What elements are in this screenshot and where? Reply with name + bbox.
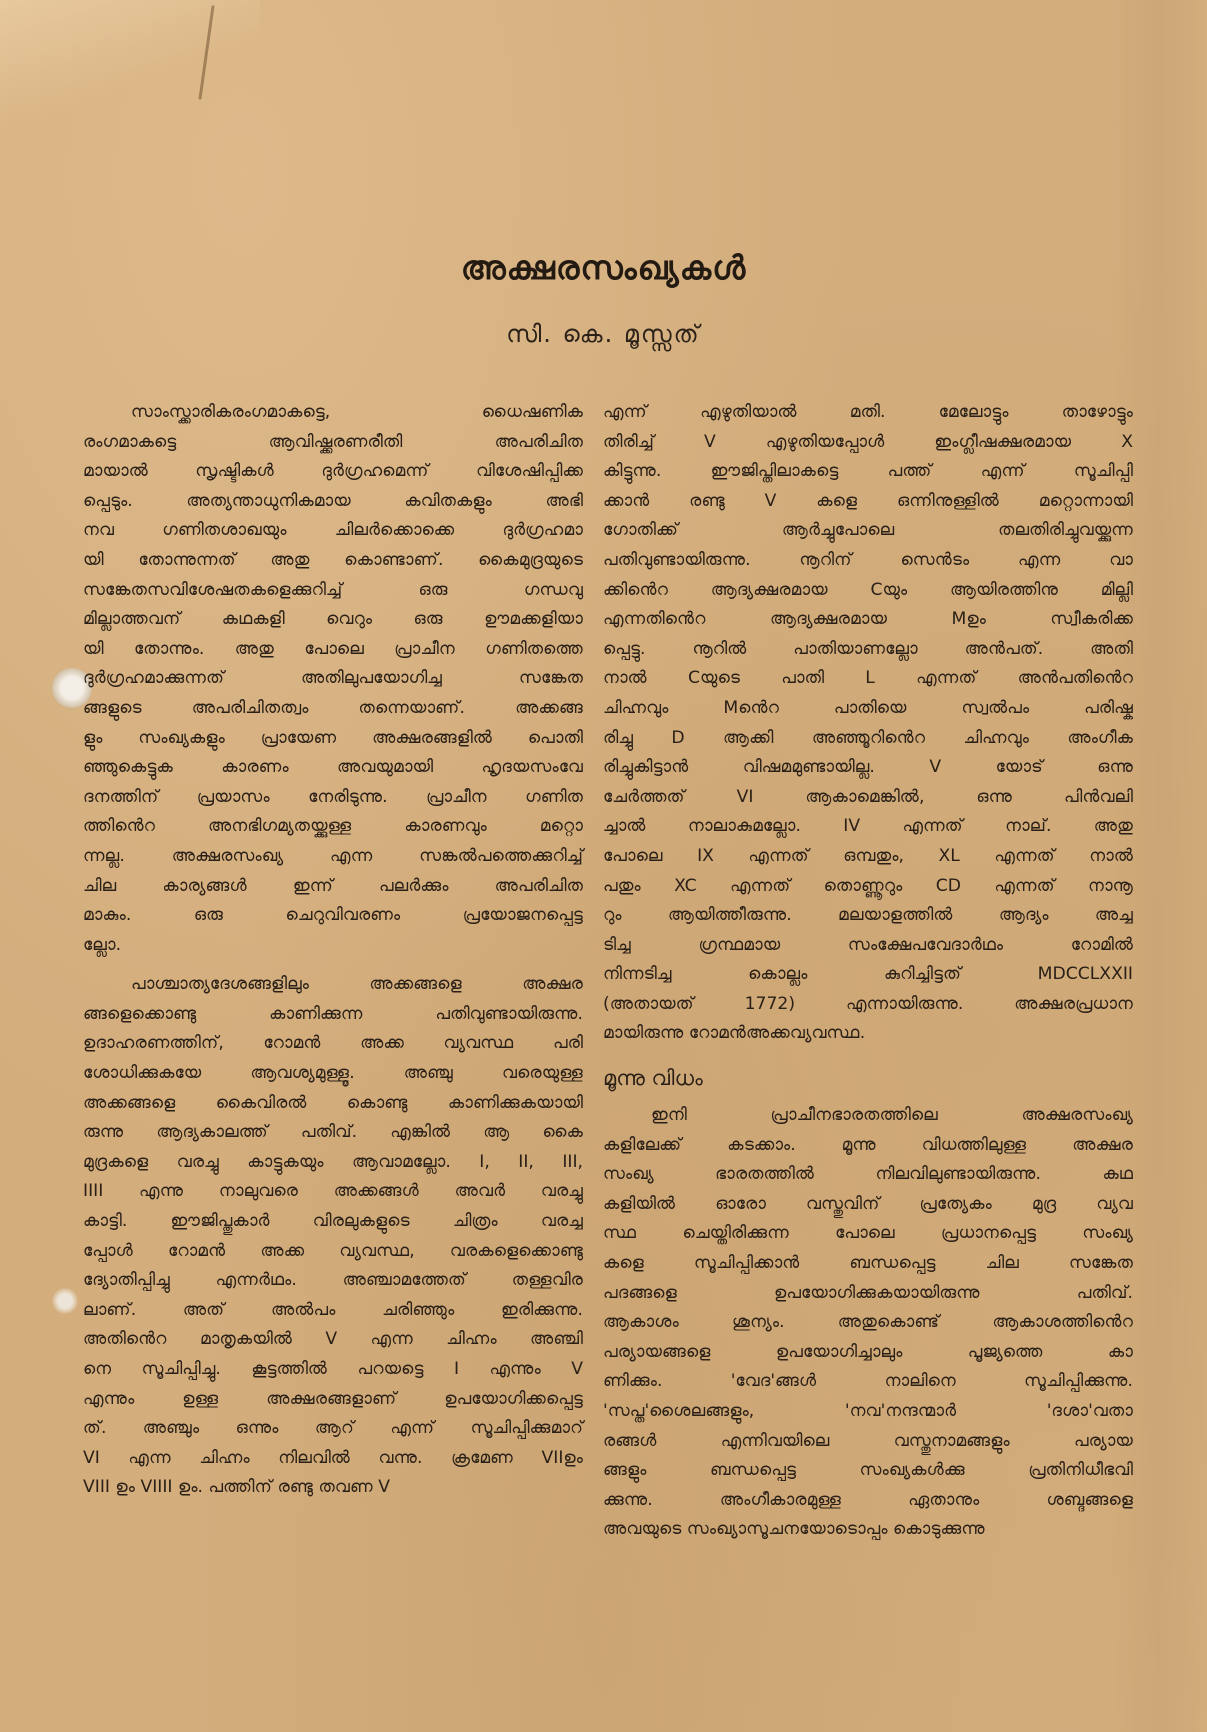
paragraph: ഇനി പ്രാചീനഭാരതത്തിലെ അക്ഷരസംഖ്യകളിലേക്ക… xyxy=(603,1101,1133,1545)
text-line: സ്ഥ ചെയ്തിരിക്കുന്ന പോലെ പ്രധാനപ്പെട്ട സ… xyxy=(603,1219,1133,1249)
text-line: IIII എന്നു നാലുവരെ അക്കങ്ങൾ അവർ വരച്ചു xyxy=(83,1177,583,1207)
text-line: പാശ്ചാത്യദേശങ്ങളിലും അക്കങ്ങളെ അക്ഷര xyxy=(83,970,583,1000)
paragraph: സാംസ്ക്കാരികരംഗമാകട്ടെ, ധൈഷണികരംഗമാകട്ടെ… xyxy=(83,398,583,960)
text-line: ലാണ്. അത് അൽപം ചരിഞ്ഞും ഇരിക്കുന്നു. xyxy=(83,1296,583,1326)
text-line: മുദ്രകളെ വരച്ചു കാട്ടുകയും ആവാമല്ലോ. I, … xyxy=(83,1148,583,1178)
text-line: കാട്ടി. ഈജിപ്തുകാർ വിരലുകളുടെ ചിത്രം വരച… xyxy=(83,1207,583,1237)
torn-corner xyxy=(0,0,260,130)
text-line: ളും സംഖ്യകളും പ്രായേണ അക്ഷരങ്ങളിൽ പൊതി xyxy=(83,724,583,754)
left-column: സാംസ്ക്കാരികരംഗമാകട്ടെ, ധൈഷണികരംഗമാകട്ടെ… xyxy=(83,398,583,1503)
text-line: ഞ്ഞുകെട്ടുക കാരണം അവയുമായി ഹൃദയസംവേ xyxy=(83,753,583,783)
paragraph: പാശ്ചാത്യദേശങ്ങളിലും അക്കങ്ങളെ അക്ഷരങ്ങള… xyxy=(83,970,583,1503)
text-line: പദങ്ങളെ ഉപയോഗിക്കുകയായിരുന്നു പതിവ്. xyxy=(603,1279,1133,1309)
text-line: കളെ സൂചിപ്പിക്കാൻ ബന്ധപ്പെട്ട ചില സങ്കേത xyxy=(603,1249,1133,1279)
text-line: കളിയിൽ ഓരോ വസ്തുവിന് പ്രത്യേകം മുദ്ര വ്യ… xyxy=(603,1190,1133,1220)
text-line: ഗോതിക്ക് ആർച്ചുപോലെ തലതിരിച്ചുവയ്ക്കുന്ന xyxy=(603,516,1133,546)
text-line: ശോധിക്കുകയേ ആവശ്യമുള്ളൂ. അഞ്ചു വരെയുള്ള xyxy=(83,1059,583,1089)
text-line: ചേർത്തത് VI ആകാമെങ്കിൽ, ഒന്നു പിൻവലി xyxy=(603,783,1133,813)
text-line: രംഗമാകട്ടെ ആവിഷ്ക്കരണരീതി അപരിചിത xyxy=(83,428,583,458)
text-line: ങ്ങളെക്കൊണ്ടു കാണിക്കുന്ന പതിവുണ്ടായിരുന… xyxy=(83,1000,583,1030)
text-line: ച്ചാൽ നാലാകുമല്ലോ. IV എന്നത് നാല്. അതു xyxy=(603,812,1133,842)
text-line: സംഖ്യ ഭാരതത്തിൽ നിലവിലുണ്ടായിരുന്നു. കഥ xyxy=(603,1160,1133,1190)
text-line: രിച്ചുകിട്ടാൻ വിഷമമുണ്ടായില്ല. V യോട് ഒന… xyxy=(603,753,1133,783)
text-line: പോലെ IX എന്നത് ഒമ്പതും, XL എന്നത് നാൽ xyxy=(603,842,1133,872)
text-line: തിരിച്ച് V എഴുതിയപ്പോൾ ഇംഗ്ലീഷക്ഷരമായ X xyxy=(603,428,1133,458)
text-line: ങ്ങളും ബന്ധപ്പെട്ട സംഖ്യകൾക്കു പ്രതിനിധീ… xyxy=(603,1456,1133,1486)
text-line: അക്കങ്ങളെ കൈവിരൽ കൊണ്ടു കാണിക്കുകയായി xyxy=(83,1089,583,1119)
text-line: എന്ന് എഴുതിയാൽ മതി. മേലോട്ടും താഴോട്ടും xyxy=(603,398,1133,428)
paper-blemish xyxy=(52,1288,78,1314)
text-line: യി തോന്നും. അതു പോലെ പ്രാചീന ഗണിതത്തെ xyxy=(83,635,583,665)
text-line: പ്പെടും. അത്യന്താധുനികമായ കവിതകളും അഭി xyxy=(83,487,583,517)
text-line: നെ സൂചിപ്പിച്ചു. കൂട്ടത്തിൽ പറയട്ടെ I എന… xyxy=(83,1355,583,1385)
text-line: പ്പോൾ റോമൻ അക്ക വ്യവസ്ഥ, വരകളെക്കൊണ്ടു xyxy=(83,1237,583,1267)
right-column: എന്ന് എഴുതിയാൽ മതി. മേലോട്ടും താഴോട്ടുംത… xyxy=(603,398,1133,1545)
text-line: അവയുടെ സംഖ്യാസൂചനയോടൊപ്പം കൊടുക്കുന്നു xyxy=(603,1515,1133,1545)
text-line: പതിവുണ്ടായിരുന്നു. നൂറിന് സെൻടം എന്ന വാ xyxy=(603,546,1133,576)
section-subheading: മൂന്നു വിധം xyxy=(603,1063,1133,1093)
text-line: ചില കാര്യങ്ങൾ ഇന്ന് പലർക്കും അപരിചിത xyxy=(83,872,583,902)
article-title: അക്ഷരസംഖ്യകൾ xyxy=(0,248,1207,288)
text-line: ല്ലോ. xyxy=(83,931,583,961)
text-line: VI എന്ന ചിഹ്നം നിലവിൽ വന്നു. ക്രമേണ VIIഉ… xyxy=(83,1444,583,1474)
text-line: ത്തിൻെറ അനഭിഗമ്യതയ്ക്കുള്ള കാരണവും മറ്റൊ xyxy=(83,812,583,842)
text-line: യി തോന്നുന്നത് അതു കൊണ്ടാണ്. കൈമുദ്രയുടെ xyxy=(83,546,583,576)
text-line: ക്കിൻെറ ആദ്യക്ഷരമായ Cയും ആയിരത്തിനു മില്… xyxy=(603,576,1133,606)
text-line: നാൽ Cയുടെ പാതി L എന്നത് അൻപതിൻെറ xyxy=(603,664,1133,694)
text-line: സങ്കേതസവിശേഷതകളെക്കുറിച്ച് ഒരു ഗന്ധവു xyxy=(83,576,583,606)
text-line: ഉദാഹരണത്തിന്, റോമൻ അക്ക വ്യവസ്ഥ പരി xyxy=(83,1029,583,1059)
text-line: ണിക്കും. 'വേദ'ങ്ങൾ നാലിനെ സൂചിപ്പിക്കുന്… xyxy=(603,1367,1133,1397)
text-line: ടിച്ച ഗ്രന്ഥമായ സംക്ഷേപവേദാർഥം റോമിൽ xyxy=(603,931,1133,961)
text-line: എന്നും ഉള്ള അക്ഷരങ്ങളാണ് ഉപയോഗിക്കപ്പെട്… xyxy=(83,1385,583,1415)
text-line: രിച്ചു D ആക്കി അഞ്ഞൂറിൻെറ ചിഹ്നവും അംഗീക xyxy=(603,724,1133,754)
text-line: സാംസ്ക്കാരികരംഗമാകട്ടെ, ധൈഷണിക xyxy=(83,398,583,428)
text-line: ദുർഗ്രഹമാക്കുന്നത് അതിലുപയോഗിച്ച സങ്കേത xyxy=(83,664,583,694)
text-line: (അതായത് 1772) എന്നായിരുന്നു. അക്ഷരപ്രധാന xyxy=(603,990,1133,1020)
text-line: രങ്ങൾ എന്നിവയിലെ വസ്തുനാമങ്ങളും പര്യായ xyxy=(603,1427,1133,1457)
text-line: റും ആയിത്തീരുന്നു. മലയാളത്തിൽ ആദ്യം അച്ച xyxy=(603,901,1133,931)
scanned-page: അക്ഷരസംഖ്യകൾ സി. കെ. മൂസ്സത് സാംസ്ക്കാരി… xyxy=(0,0,1207,1732)
text-line: പ്പെട്ടു. നൂറിൽ പാതിയാണല്ലോ അൻപത്. അതി xyxy=(603,635,1133,665)
text-line: ന്നല്ല. അക്ഷരസംഖ്യ എന്ന സങ്കൽപത്തെക്കുറി… xyxy=(83,842,583,872)
text-line: മായാൽ സൃഷ്ടികൾ ദുർഗ്രഹമെന്ന് വിശേഷിപ്പിക… xyxy=(83,457,583,487)
article-author: സി. കെ. മൂസ്സത് xyxy=(0,320,1207,348)
text-line: ക്കാൻ രണ്ടു V കളെ ഒന്നിനുള്ളിൽ മറ്റൊന്നാ… xyxy=(603,487,1133,517)
text-line: ഇനി പ്രാചീനഭാരതത്തിലെ അക്ഷരസംഖ്യ xyxy=(603,1101,1133,1131)
text-line: കളിലേക്ക് കടക്കാം. മൂന്നു വിധത്തിലുള്ള അ… xyxy=(603,1131,1133,1161)
text-line: കിട്ടുന്നു. ഈജിപ്തിലാകട്ടെ പത്ത് എന്ന് സ… xyxy=(603,457,1133,487)
text-line: VIII ഉം VIIII ഉം. പത്തിന് രണ്ടു തവണ V xyxy=(83,1473,583,1503)
text-line: നിന്നടിച്ച കൊല്ലം കുറിച്ചിട്ടത് MDCCLXXI… xyxy=(603,960,1133,990)
text-line: ദനത്തിന് പ്രയാസം നേരിടുന്നു. പ്രാചീന ഗണി… xyxy=(83,783,583,813)
text-line: അതിൻെറ മാതൃകയിൽ V എന്ന ചിഹ്നം അഞ്ചി xyxy=(83,1325,583,1355)
text-line: മായിരുന്നു റോമൻഅക്കവ്യവസ്ഥ. xyxy=(603,1019,1133,1049)
text-line: ത്. അഞ്ചും ഒന്നും ആറ് എന്ന് സൂചിപ്പിക്കു… xyxy=(83,1414,583,1444)
text-line: ങ്ങളുടെ അപരിചിതത്വം തന്നെയാണ്. അക്കങ്ങ xyxy=(83,694,583,724)
text-line: ആകാശം ശൂന്യം. അതുകൊണ്ട് ആകാശത്തിൻെറ xyxy=(603,1308,1133,1338)
text-line: ക്കുന്നു. അംഗീകാരമുള്ള ഏതാനും ശബ്ദങ്ങളെ xyxy=(603,1486,1133,1516)
text-line: പര്യായങ്ങളെ ഉപയോഗിച്ചാലും പൂജ്യത്തെ കാ xyxy=(603,1338,1133,1368)
text-line: പതും XC എന്നത് തൊണ്ണൂറും CD എന്നത് നാനൂ xyxy=(603,872,1133,902)
text-line: രുന്നു ആദ്യകാലത്ത് പതിവ്. എങ്കിൽ ആ കൈ xyxy=(83,1118,583,1148)
text-line: 'സപ്ത'ശൈലങ്ങളും, 'നവ'നന്ദന്മാർ 'ദശാ'വതാ xyxy=(603,1397,1133,1427)
text-line: എന്നതിൻെറ ആദ്യക്ഷരമായ Mഉം സ്വീകരിക്ക xyxy=(603,605,1133,635)
text-line: മില്ലാത്തവന് കഥകളി വെറും ഒരു ഊമക്കളിയാ xyxy=(83,605,583,635)
text-line: ദ്യോതിപ്പിച്ചു എന്നർഥം. അഞ്ചാമത്തേത് തള്… xyxy=(83,1266,583,1296)
text-line: മാകും. ഒരു ചെറുവിവരണം പ്രയോജനപ്പെട്ട xyxy=(83,901,583,931)
text-line: നവ ഗണിതശാഖയും ചിലർക്കൊക്കെ ദുർഗ്രഹമാ xyxy=(83,516,583,546)
text-line: ചിഹ്നവും Mൻെറ പാതിയെ സ്വൽപം പരിഷ്ക xyxy=(603,694,1133,724)
paragraph: എന്ന് എഴുതിയാൽ മതി. മേലോട്ടും താഴോട്ടുംത… xyxy=(603,398,1133,1049)
